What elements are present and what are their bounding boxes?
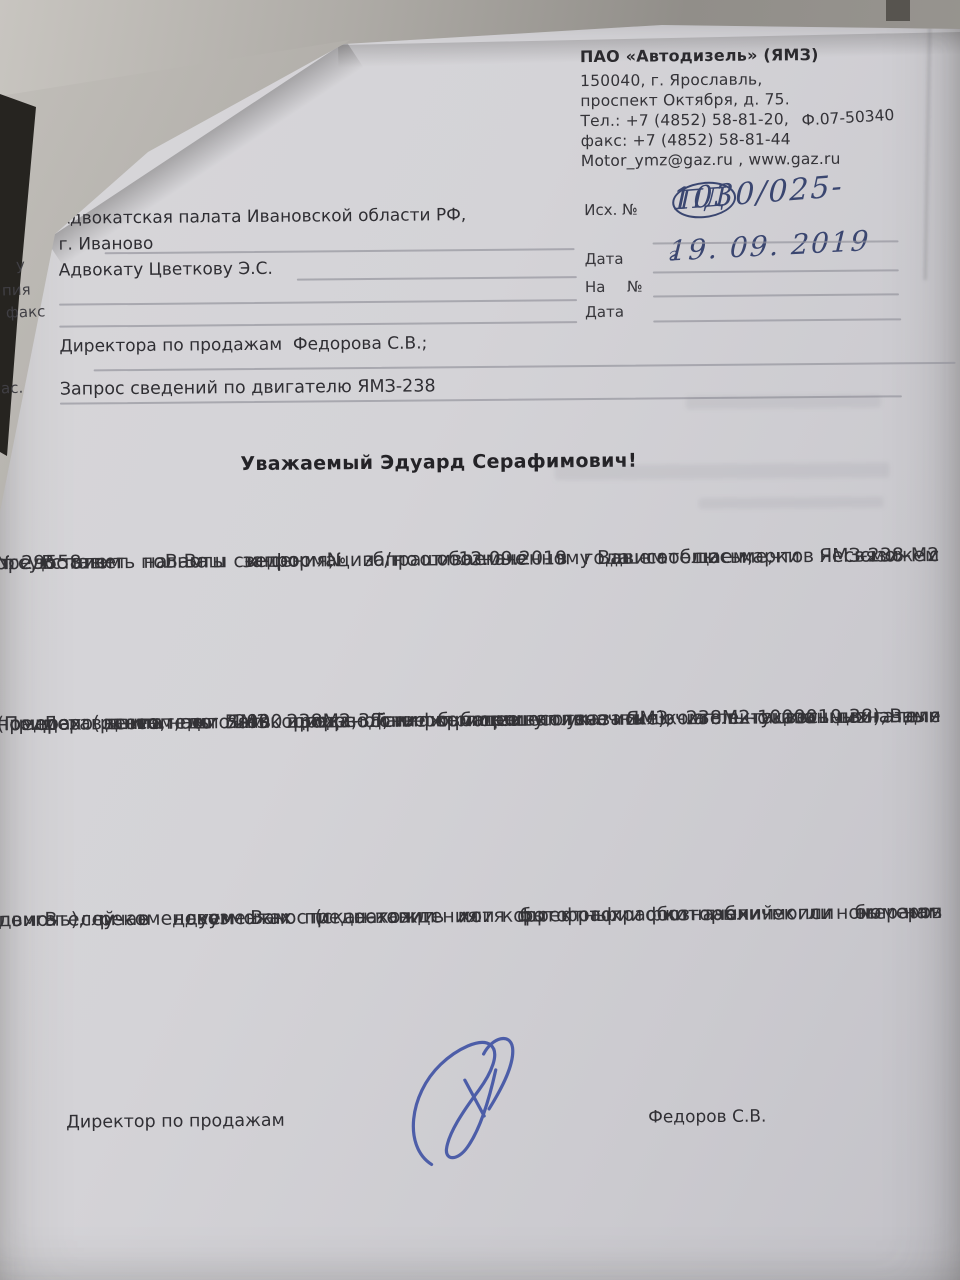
letterhead-phone: Тел.: +7 (4852) 58-81-20, xyxy=(580,110,789,130)
ruled-line xyxy=(59,321,577,328)
number-sign-label: № xyxy=(627,278,643,296)
body-paragraph: Дело в том, что на производстве присваив… xyxy=(0,697,941,705)
body-line: № 29558. xyxy=(0,536,939,583)
date2-label: Дата xyxy=(585,303,624,321)
body-paragraph: В ответ на Ваш запрос № б/н от 12.09.201… xyxy=(0,536,939,544)
ruled-line xyxy=(105,248,575,254)
handwritten-outgoing-number: 1030/025-ПД xyxy=(672,177,737,220)
body-line: предоставления нами Вам корректной инфор… xyxy=(0,697,941,744)
attention-line: Директора по продажам Федорова С.В.; xyxy=(59,333,427,356)
body-paragraph: В случае невозможности нахождения коррек… xyxy=(0,893,942,901)
letterhead-form-code: Ф.07-50340 xyxy=(801,106,895,130)
edge-fragment: ас. xyxy=(1,379,24,398)
signature-handwritten xyxy=(388,1031,599,1183)
ruled-line xyxy=(59,299,577,306)
letter-content: ПАО «Автодизель» (ЯМЗ) 150040, г. Яросла… xyxy=(0,0,960,1280)
ruled-line xyxy=(653,318,901,322)
ruled-line xyxy=(94,362,956,372)
outgoing-number-value: 1030/025- xyxy=(672,169,844,218)
letterhead-company: ПАО «Автодизель» (ЯМЗ) xyxy=(580,45,819,66)
bleed-through-smudge xyxy=(686,394,881,409)
background-gap xyxy=(886,0,910,21)
recipient-line: Адвокату Цветкову Э.С. xyxy=(59,259,273,281)
scanned-letter-photo: у пия факс ас. ПАО «Автодизель» (ЯМЗ) 15… xyxy=(0,0,960,1280)
edge-fragment: у xyxy=(16,256,26,274)
date-label: Дата xyxy=(585,250,624,268)
on-label: На xyxy=(585,278,606,296)
subject-line: Запрос сведений по двигателю ЯМЗ-238 xyxy=(60,376,436,399)
letterhead-address-line2: проспект Октября, д. 75. xyxy=(580,90,790,110)
signoff-title: Директор по продажам xyxy=(66,1111,285,1133)
edge-fragment: факс xyxy=(6,302,46,321)
date-value: 19. 09. 2019 xyxy=(668,224,872,268)
letterhead-email-web: Motor_ymz@gaz.ru , www.gaz.ru xyxy=(581,150,841,170)
bleed-through-smudge xyxy=(554,462,889,480)
ruled-line xyxy=(297,276,577,280)
letter-paper: ПАО «Автодизель» (ЯМЗ) 150040, г. Яросла… xyxy=(0,0,960,1280)
handwritten-date: 19. 09. 2019г xyxy=(668,234,681,268)
ruled-line xyxy=(653,269,899,273)
letterhead-address-line1: 150040, г. Ярославль, xyxy=(580,71,763,91)
body-line: помочь), рекомендуем Вам предоставить хо… xyxy=(0,893,943,940)
signoff-name: Федоров С.В. xyxy=(648,1107,766,1128)
edge-fragment: пия xyxy=(2,281,31,300)
recipient-line: Адвокатская палата Ивановской области РФ… xyxy=(58,205,466,229)
letterhead-fax: факс: +7 (4852) 58-81-44 xyxy=(581,130,791,150)
bleed-through-smudge xyxy=(699,496,884,509)
ruled-line xyxy=(653,293,899,297)
outgoing-number-label: Исх. № xyxy=(584,201,638,219)
